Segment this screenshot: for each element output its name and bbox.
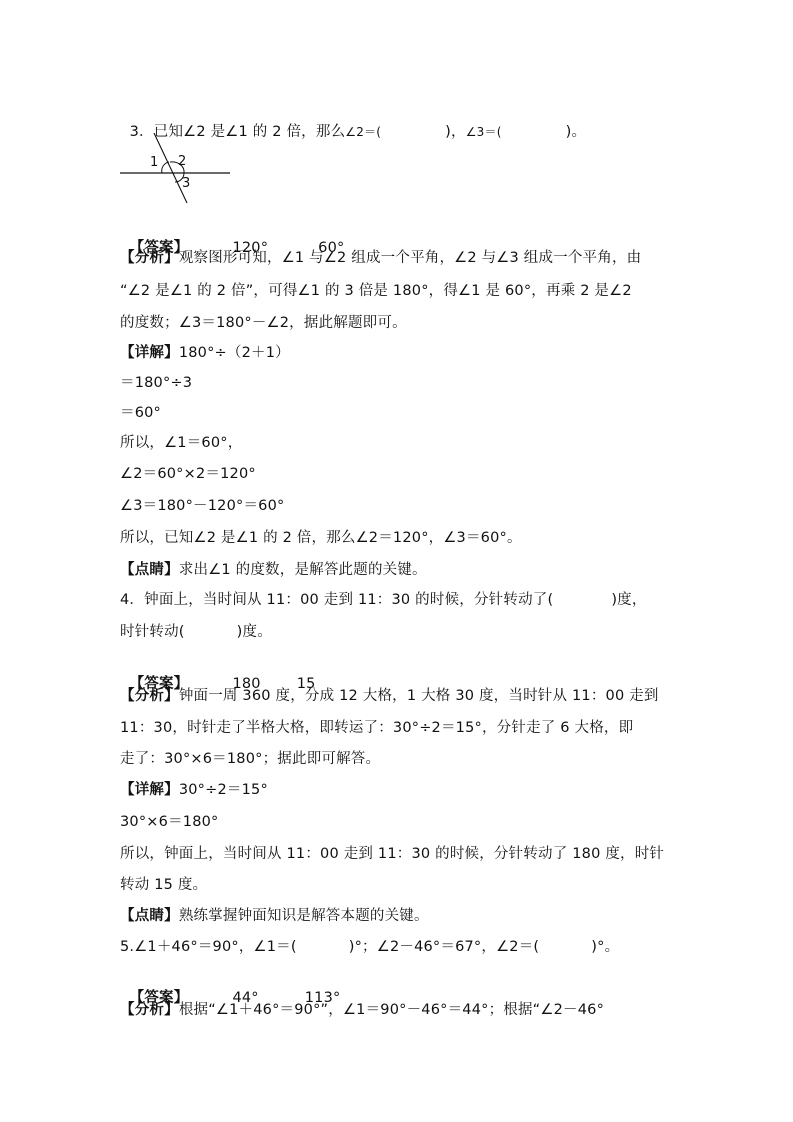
q3-blank-2-close: )。 xyxy=(566,124,587,140)
q5-analysis-text: 根据“∠1＋46°＝90°”，∠1＝90°－46°＝44°；根据“∠2－46° xyxy=(179,1002,604,1018)
q3-analysis-text: 观察图形可知，∠1 与∠2 组成一个平角，∠2 与∠3 组成一个平角，由 xyxy=(179,250,642,266)
analysis-tag: 【分析】 xyxy=(120,250,179,266)
q4-detail-text: 30°÷2＝15° xyxy=(179,782,268,798)
q3-detail-line-5: ∠2＝60°×2＝120° xyxy=(120,464,256,484)
angle-label-2: 2 xyxy=(178,154,186,169)
q5-question-text-2: )°；∠2－46°＝67°，∠2＝( xyxy=(349,939,540,955)
point-tag: 【点睛】 xyxy=(120,908,179,924)
q3-detail-text: 180°÷（2＋1） xyxy=(179,345,290,361)
q3-angle3-label: ∠3＝( xyxy=(466,125,502,139)
q4-detail-line-1: 【详解】30°÷2＝15° xyxy=(120,780,268,800)
q5-question-text-1: 5.∠1＋46°＝90°，∠1＝( xyxy=(120,939,297,955)
q3-detail-line-2: ＝180°÷3 xyxy=(120,373,192,393)
q4-detail-line-4: 转动 15 度。 xyxy=(120,875,207,895)
q3-analysis-line-3: 的度数；∠3＝180°－∠2，据此解题即可。 xyxy=(120,313,407,333)
detail-tag: 【详解】 xyxy=(120,345,179,361)
q3-analysis-line-2: “∠2 是∠1 的 2 倍”，可得∠1 的 3 倍是 180°，得∠1 是 60… xyxy=(120,281,632,301)
q4-detail-line-3: 所以，钟面上，当时间从 11：00 走到 11：30 的时候，分针转动了 180… xyxy=(120,844,664,864)
q4-question-line-1: 4．钟面上，当时间从 11：00 走到 11：30 的时候，分针转动了()度， xyxy=(120,590,647,610)
q4-analysis-text: 钟面一周 360 度，分成 12 大格，1 大格 30 度，当时针从 11：00… xyxy=(179,688,659,704)
q3-blank-1-close: )， xyxy=(445,124,466,140)
q4-detail-line-2: 30°×6＝180° xyxy=(120,812,219,832)
q5-analysis-line-1: 【分析】根据“∠1＋46°＝90°”，∠1＝90°－46°＝44°；根据“∠2－… xyxy=(120,1000,604,1020)
q5-question: 5.∠1＋46°＝90°，∠1＝()°；∠2－46°＝67°，∠2＝()°。 xyxy=(120,937,619,957)
q4-analysis-line-1: 【分析】钟面一周 360 度，分成 12 大格，1 大格 30 度，当时针从 1… xyxy=(120,686,659,706)
q4-analysis-line-2: 11：30，时针走了半格大格，即转运了：30°÷2＝15°，分针走了 6 大格，… xyxy=(120,718,633,738)
q4-question-line-2: 时针转动()度。 xyxy=(120,622,272,642)
q4-blank-2-close: )度。 xyxy=(237,624,272,640)
detail-tag: 【详解】 xyxy=(120,782,179,798)
q4-point: 【点睛】熟练掌握钟面知识是解答本题的关键。 xyxy=(120,906,429,926)
point-tag: 【点睛】 xyxy=(120,562,179,578)
q4-blank-1-close: )度， xyxy=(611,592,646,608)
q3-analysis-line-1: 【分析】观察图形可知，∠1 与∠2 组成一个平角，∠2 与∠3 组成一个平角，由 xyxy=(120,248,641,268)
q3-detail-line-4: 所以，∠1＝60°， xyxy=(120,433,242,453)
q4-question-text-2: 时针转动( xyxy=(120,624,185,640)
q3-detail-line-7: 所以，已知∠2 是∠1 的 2 倍，那么∠2＝120°，∠3＝60°。 xyxy=(120,528,522,548)
q3-point-text: 求出∠1 的度数，是解答此题的关键。 xyxy=(179,562,427,578)
angle-label-3: 3 xyxy=(182,176,190,191)
q4-question-text: 4．钟面上，当时间从 11：00 走到 11：30 的时候，分针转动了( xyxy=(120,592,553,608)
q3-detail-line-3: ＝60° xyxy=(120,403,161,423)
q3-point: 【点睛】求出∠1 的度数，是解答此题的关键。 xyxy=(120,560,427,580)
q4-point-text: 熟练掌握钟面知识是解答本题的关键。 xyxy=(179,908,429,924)
q3-detail-line-6: ∠3＝180°－120°＝60° xyxy=(120,496,284,516)
angles-diagram: 1 2 3 xyxy=(112,128,242,210)
q4-analysis-line-3: 走了：30°×6＝180°；据此即可解答。 xyxy=(120,749,380,769)
analysis-tag: 【分析】 xyxy=(120,688,179,704)
q3-detail-line-1: 【详解】180°÷（2＋1） xyxy=(120,343,290,363)
analysis-tag: 【分析】 xyxy=(120,1002,179,1018)
q5-question-text-3: )°。 xyxy=(591,939,619,955)
angle-label-1: 1 xyxy=(150,155,158,170)
q3-angle2-label: ∠2＝( xyxy=(345,125,381,139)
